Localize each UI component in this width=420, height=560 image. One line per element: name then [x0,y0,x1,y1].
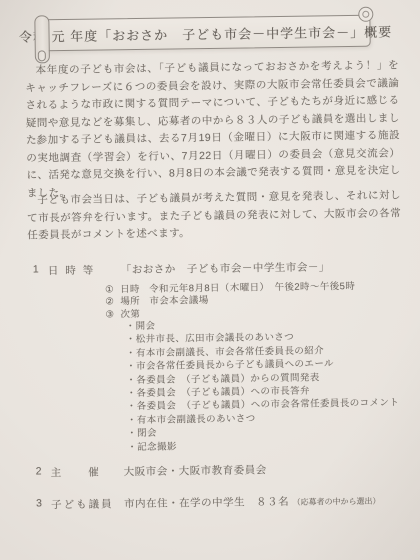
item-marker: ③ [105,309,120,322]
datetime-detail-list: ① 日時 令和元年8月8日（木曜日） 午後2時～午後5時 ② 場所 市会本会議場… [105,281,356,321]
item-text: 市会本会議場 [149,295,209,308]
paper-sheet: 令和 元 年度「おおさか 子ども市会－中学生市会－」概要 本年度の子ども市会は、… [0,0,420,560]
section-content: 市内在住・在学の中学生 ８３名 （応募者の中から選出） [124,493,381,512]
item-marker: ① [105,284,120,297]
document-title: 令和 元 年度「おおさか 子ども市会－中学生市会－」概要 [19,21,392,45]
title-banner: 令和 元 年度「おおさか 子ども市会－中学生市会－」概要 [40,15,370,52]
section-datetime-heading: 1 日 時 等 「おおさか 子ども市会－中学生市会－」 [33,259,330,278]
item-marker: ② [105,297,120,310]
agenda-item: ・記念撮影 [127,437,400,454]
section-number: 1 [33,263,48,278]
section-number: 3 [36,497,51,512]
section-content: 「おおさか 子ども市会－中学生市会－」 [121,259,330,277]
agenda-list: ・開会 ・松井市長、広田市会議長のあいさつ ・有本市会副議長、市会各常任委員長の… [126,316,400,454]
scroll-roll-icon [34,15,50,63]
section-child-councilors: 3 子ども議員 市内在住・在学の中学生 ８３名 （応募者の中から選出） [36,493,381,513]
item-label: 日時 [120,284,149,297]
page-curl-icon [358,7,373,22]
section-label: 日 時 等 [48,262,121,278]
section-content: 大阪市会・大阪市教育委員会 [124,462,267,479]
item-label: 場所 [120,296,149,309]
section-label: 主 催 [51,464,124,480]
paragraph-event-day: 子ども市会当日は、子ども議員が考えた質問・意見を発表し、それに対して市長が答弁を… [27,187,402,245]
section-label: 子ども議員 [51,496,124,512]
section-content-main: 市内在住・在学の中学生 ８３名 [124,496,289,510]
section-number: 2 [36,465,51,480]
section-organizer: 2 主 催 大阪市会・大阪市教育委員会 [36,462,267,480]
document-photo: 令和 元 年度「おおさか 子ども市会－中学生市会－」概要 本年度の子ども市会は、… [0,0,420,560]
selection-note: （応募者の中から選出） [292,497,380,507]
